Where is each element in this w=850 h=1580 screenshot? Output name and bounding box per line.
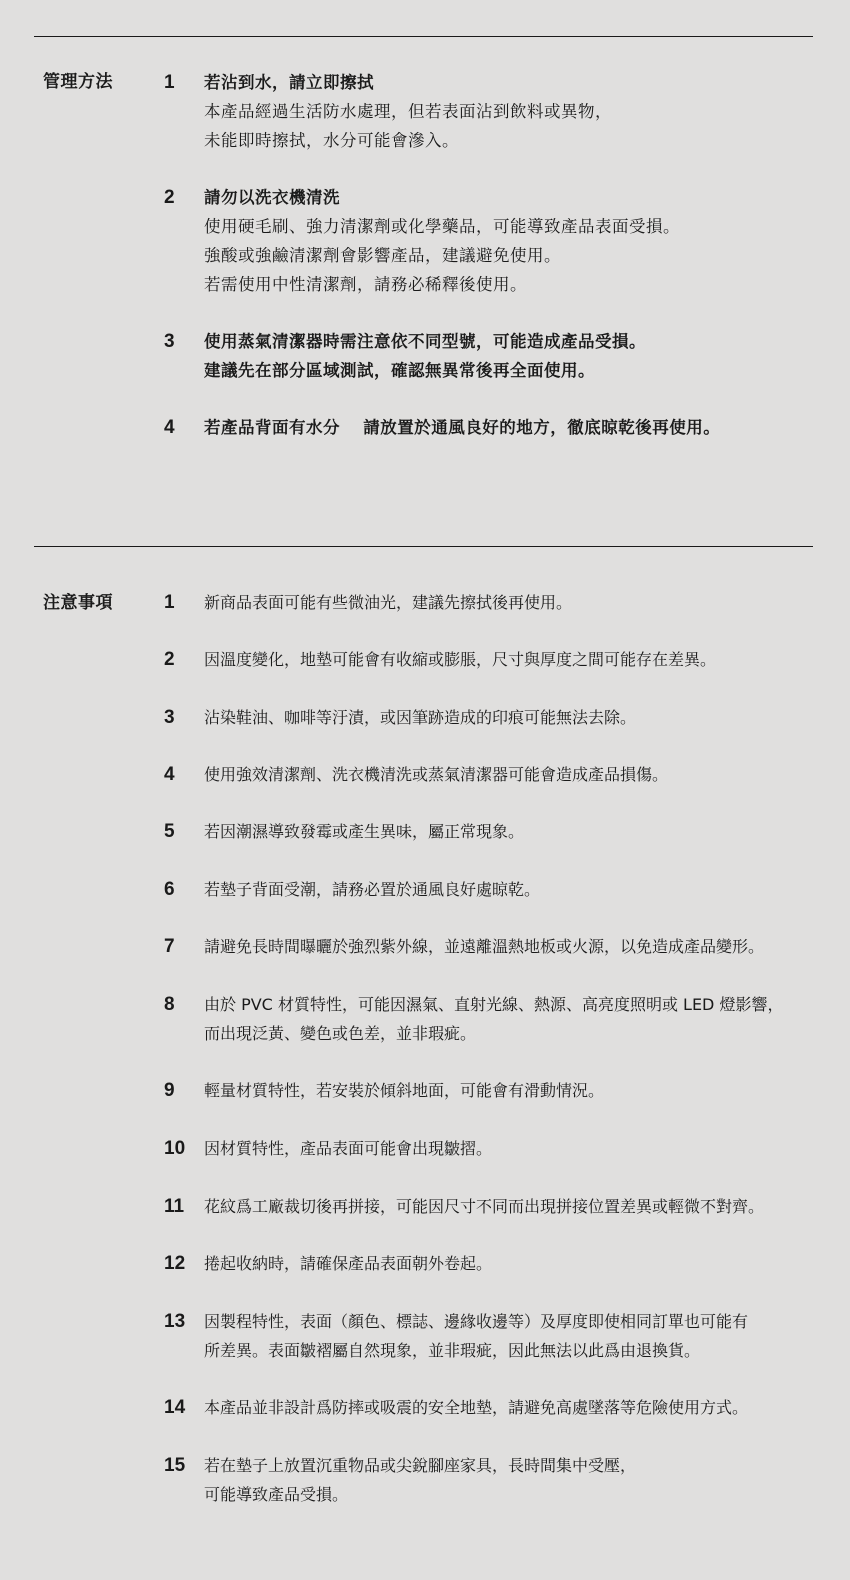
item-body: 若沾到水，請立即擦拭 本產品經過生活防水處理，但若表面沾到飲料或異物， 未能即時… — [204, 68, 850, 155]
note-item-3: 3 沾染鞋油、咖啡等汙漬，或因筆跡造成的印痕可能無法去除。 — [164, 703, 850, 732]
management-item-4: 4 若產品背面有水分 請放置於通風良好的地方，徹底晾乾後再使用。 — [164, 413, 850, 442]
item-body: 使用強效清潔劑、洗衣機清洗或蒸氣清潔器可能會造成產品損傷。 — [204, 760, 850, 789]
note-item-9: 9 輕量材質特性，若安裝於傾斜地面，可能會有滑動情況。 — [164, 1076, 850, 1105]
note-item-8: 8 由於 PVC 材質特性，可能因濕氣、直射光線、熱源、高亮度照明或 LED 燈… — [164, 990, 850, 1048]
item-body: 因溫度變化，地墊可能會有收縮或膨脹，尺寸與厚度之間可能存在差異。 — [204, 645, 850, 674]
note-item-11: 11 花紋爲工廠裁切後再拼接，可能因尺寸不同而出現拼接位置差異或輕微不對齊。 — [164, 1192, 850, 1221]
item-body: 因材質特性，產品表面可能會出現皺摺。 — [204, 1134, 850, 1163]
management-item-3: 3 使用蒸氣清潔器時需注意依不同型號，可能造成產品受損。 建議先在部分區域測試，… — [164, 327, 850, 385]
item-number: 1 — [164, 588, 204, 617]
item-number: 2 — [164, 645, 204, 674]
item-body: 沾染鞋油、咖啡等汙漬，或因筆跡造成的印痕可能無法去除。 — [204, 703, 850, 732]
item-line: 使用硬毛刷、強力清潔劑或化學藥品，可能導致產品表面受損。 — [204, 212, 850, 241]
item-number: 10 — [164, 1134, 204, 1163]
item-line: 使用強效清潔劑、洗衣機清洗或蒸氣清潔器可能會造成產品損傷。 — [204, 760, 850, 789]
item-number: 7 — [164, 932, 204, 961]
item-number: 14 — [164, 1393, 204, 1422]
item-number: 9 — [164, 1076, 204, 1105]
section-label-management: 管理方法 — [43, 67, 113, 92]
item-body: 因製程特性，表面（顏色、標誌、邊緣收邊等）及厚度即使相同訂單也可能有 所差異。表… — [204, 1307, 850, 1365]
note-item-13: 13 因製程特性，表面（顏色、標誌、邊緣收邊等）及厚度即使相同訂單也可能有 所差… — [164, 1307, 850, 1365]
item-line: 本產品經過生活防水處理，但若表面沾到飲料或異物， — [204, 97, 850, 126]
item-line: 本產品並非設計爲防摔或吸震的安全地墊，請避免高處墜落等危險使用方式。 — [204, 1393, 850, 1422]
item-body: 花紋爲工廠裁切後再拼接，可能因尺寸不同而出現拼接位置差異或輕微不對齊。 — [204, 1192, 850, 1221]
item-line: 因溫度變化，地墊可能會有收縮或膨脹，尺寸與厚度之間可能存在差異。 — [204, 645, 850, 674]
item-line: 捲起收納時，請確保產品表面朝外卷起。 — [204, 1249, 850, 1278]
item-number: 3 — [164, 703, 204, 732]
item-body: 若墊子背面受潮，請務必置於通風良好處晾乾。 — [204, 875, 850, 904]
note-item-7: 7 請避免長時間曝曬於強烈紫外線，並遠離溫熱地板或火源，以免造成產品變形。 — [164, 932, 850, 961]
item-number: 13 — [164, 1307, 204, 1365]
item-body: 請勿以洗衣機清洗 使用硬毛刷、強力清潔劑或化學藥品，可能導致產品表面受損。 強酸… — [204, 183, 850, 299]
item-line: 請避免長時間曝曬於強烈紫外線，並遠離溫熱地板或火源，以免造成產品變形。 — [204, 932, 850, 961]
item-line: 可能導致產品受損。 — [204, 1480, 850, 1509]
section-label-notes: 注意事項 — [43, 588, 113, 613]
item-line: 若在墊子上放置沉重物品或尖銳腳座家具，長時間集中受壓， — [204, 1451, 850, 1480]
item-line: 若因潮濕導致發霉或產生異味，屬正常現象。 — [204, 817, 850, 846]
item-number: 6 — [164, 875, 204, 904]
item-number: 12 — [164, 1249, 204, 1278]
note-item-15: 15 若在墊子上放置沉重物品或尖銳腳座家具，長時間集中受壓， 可能導致產品受損。 — [164, 1451, 850, 1509]
item-title: 請勿以洗衣機清洗 — [204, 183, 850, 212]
note-item-6: 6 若墊子背面受潮，請務必置於通風良好處晾乾。 — [164, 875, 850, 904]
item-line: 建議先在部分區域測試，確認無異常後再全面使用。 — [204, 356, 850, 385]
item-line: 強酸或強鹼清潔劑會影響產品，建議避免使用。 — [204, 241, 850, 270]
item-line: 而出現泛黃、變色或色差，並非瑕疵。 — [204, 1019, 850, 1048]
item-body: 本產品並非設計爲防摔或吸震的安全地墊，請避免高處墜落等危險使用方式。 — [204, 1393, 850, 1422]
item-line: 由於 PVC 材質特性，可能因濕氣、直射光線、熱源、高亮度照明或 LED 燈影響… — [204, 990, 850, 1019]
item-line: 未能即時擦拭，水分可能會滲入。 — [204, 126, 850, 155]
item-line: 使用蒸氣清潔器時需注意依不同型號，可能造成產品受損。 — [204, 327, 850, 356]
note-item-2: 2 因溫度變化，地墊可能會有收縮或膨脹，尺寸與厚度之間可能存在差異。 — [164, 645, 850, 674]
item-body: 若在墊子上放置沉重物品或尖銳腳座家具，長時間集中受壓， 可能導致產品受損。 — [204, 1451, 850, 1509]
item-line: 沾染鞋油、咖啡等汙漬，或因筆跡造成的印痕可能無法去除。 — [204, 703, 850, 732]
note-item-12: 12 捲起收納時，請確保產品表面朝外卷起。 — [164, 1249, 850, 1278]
item-line: 新商品表面可能有些微油光，建議先擦拭後再使用。 — [204, 588, 850, 617]
item-number: 5 — [164, 817, 204, 846]
note-item-5: 5 若因潮濕導致發霉或產生異味，屬正常現象。 — [164, 817, 850, 846]
item-body: 使用蒸氣清潔器時需注意依不同型號，可能造成產品受損。 建議先在部分區域測試，確認… — [204, 327, 850, 385]
item-line: 若產品背面有水分 請放置於通風良好的地方，徹底晾乾後再使用。 — [204, 413, 850, 442]
section-divider — [34, 546, 813, 547]
item-number: 3 — [164, 327, 204, 385]
item-number: 4 — [164, 413, 204, 442]
item-line: 若需使用中性清潔劑，請務必稀釋後使用。 — [204, 270, 850, 299]
item-number: 11 — [164, 1192, 204, 1221]
item-line: 因材質特性，產品表面可能會出現皺摺。 — [204, 1134, 850, 1163]
item-number: 8 — [164, 990, 204, 1048]
note-item-4: 4 使用強效清潔劑、洗衣機清洗或蒸氣清潔器可能會造成產品損傷。 — [164, 760, 850, 789]
management-item-1: 1 若沾到水，請立即擦拭 本產品經過生活防水處理，但若表面沾到飲料或異物， 未能… — [164, 68, 850, 155]
item-number: 1 — [164, 68, 204, 155]
item-body: 捲起收納時，請確保產品表面朝外卷起。 — [204, 1249, 850, 1278]
item-line: 若墊子背面受潮，請務必置於通風良好處晾乾。 — [204, 875, 850, 904]
item-body: 輕量材質特性，若安裝於傾斜地面，可能會有滑動情況。 — [204, 1076, 850, 1105]
note-item-10: 10 因材質特性，產品表面可能會出現皺摺。 — [164, 1134, 850, 1163]
item-number: 4 — [164, 760, 204, 789]
item-number: 2 — [164, 183, 204, 299]
top-divider — [34, 36, 813, 37]
item-body: 若產品背面有水分 請放置於通風良好的地方，徹底晾乾後再使用。 — [204, 413, 850, 442]
item-line: 因製程特性，表面（顏色、標誌、邊緣收邊等）及厚度即使相同訂單也可能有 — [204, 1307, 850, 1336]
note-item-1: 1 新商品表面可能有些微油光，建議先擦拭後再使用。 — [164, 588, 850, 617]
item-body: 新商品表面可能有些微油光，建議先擦拭後再使用。 — [204, 588, 850, 617]
item-line: 花紋爲工廠裁切後再拼接，可能因尺寸不同而出現拼接位置差異或輕微不對齊。 — [204, 1192, 850, 1221]
item-body: 由於 PVC 材質特性，可能因濕氣、直射光線、熱源、高亮度照明或 LED 燈影響… — [204, 990, 850, 1048]
management-item-2: 2 請勿以洗衣機清洗 使用硬毛刷、強力清潔劑或化學藥品，可能導致產品表面受損。 … — [164, 183, 850, 299]
item-line: 所差異。表面皺褶屬自然現象，並非瑕疵，因此無法以此爲由退換貨。 — [204, 1336, 850, 1365]
item-body: 請避免長時間曝曬於強烈紫外線，並遠離溫熱地板或火源，以免造成產品變形。 — [204, 932, 850, 961]
item-line: 輕量材質特性，若安裝於傾斜地面，可能會有滑動情況。 — [204, 1076, 850, 1105]
item-title: 若沾到水，請立即擦拭 — [204, 68, 850, 97]
note-item-14: 14 本產品並非設計爲防摔或吸震的安全地墊，請避免高處墜落等危險使用方式。 — [164, 1393, 850, 1422]
item-body: 若因潮濕導致發霉或產生異味，屬正常現象。 — [204, 817, 850, 846]
item-number: 15 — [164, 1451, 204, 1509]
